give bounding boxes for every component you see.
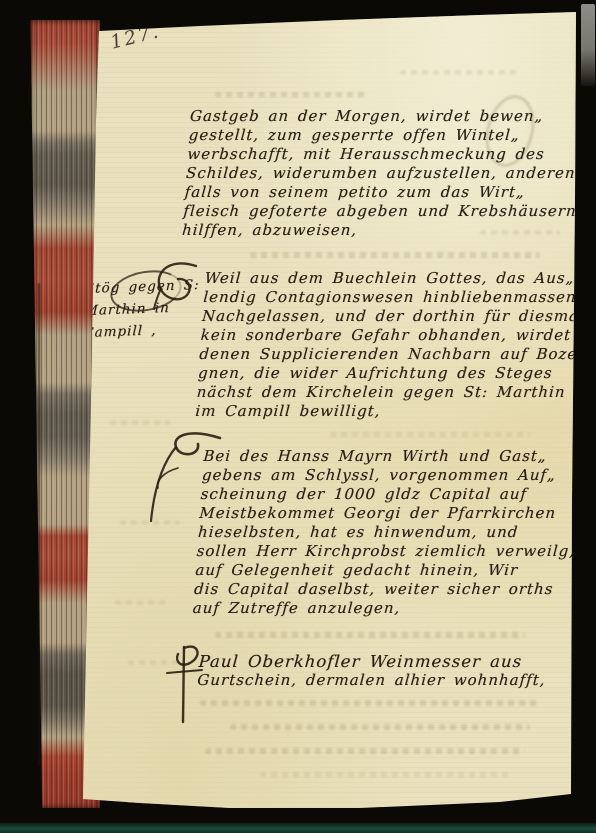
handwritten-line: Nachgelassen, und der dorthin für diesma… xyxy=(201,307,580,326)
handwritten-line: Gastgeb an der Morgen, wirdet bewen„ xyxy=(189,107,582,126)
fore-edge-crack xyxy=(38,283,40,766)
handwritten-line: falls von seinem petito zum das Wirt„ xyxy=(184,183,577,202)
background-object xyxy=(581,4,595,86)
handwritten-line: Bei des Hanss Mayrn Wirth und Gast„ xyxy=(203,447,586,466)
handwritten-line: gnen, die wider Aufrichtung des Steges xyxy=(197,364,576,383)
paragraph-1: Gastgeb an der Morgen, wirdet bewen„ ges… xyxy=(181,107,582,240)
handwritten-line: gebens am Schlyssl, vorgenommen Auf„ xyxy=(201,466,584,485)
handwritten-line: nächst dem Kirchelein gegen St: Marthin xyxy=(196,383,575,402)
handwritten-line: hilffen, abzuweisen, xyxy=(181,221,574,240)
handwritten-line: Weil aus dem Buechlein Gottes, das Aus„ xyxy=(204,269,583,288)
scanner-bed-strip xyxy=(0,823,596,833)
handwritten-line: im Campill bewilligt, xyxy=(195,402,574,421)
handwritten-line: sollen Herr Kirchprobst ziemlich verweil… xyxy=(196,542,579,561)
manuscript-scan: 127. Gastgeb an der Morgen, wirdet bewen… xyxy=(0,0,596,833)
paragraph-2: Weil aus dem Buechlein Gottes, das Aus„ … xyxy=(195,269,584,421)
handwritten-line: fleisch gefoterte abgeben und Krebshäuse… xyxy=(183,202,576,221)
paragraph-3: Bei des Hanss Mayrn Wirth und Gast„ gebe… xyxy=(192,447,586,618)
handwritten-line: werbschafft, mit Herausschmeckung des xyxy=(187,145,580,164)
handwritten-line: gestellt, zum gesperrte offen Wintel„ xyxy=(188,126,581,145)
handwritten-line: denen Supplicierenden Nachbarn auf Bozen… xyxy=(199,345,578,364)
handwritten-line: Meistbekommet Georgi der Pfarrkirchen xyxy=(199,504,582,523)
paragraph-4: Paul Oberkhofler Weinmesser aus Gurtsche… xyxy=(197,652,582,690)
margin-note-line: Campill , xyxy=(83,318,196,344)
handwritten-line: auf Gelegenheit gedacht hinein, Wir xyxy=(195,561,578,580)
handwritten-line: kein sonderbare Gefahr obhanden, wirdet xyxy=(200,326,579,345)
handwritten-line: lendig Contagionswesen hinbliebenmassen xyxy=(203,288,582,307)
handwritten-line: dis Capital daselbst, weiter sicher orth… xyxy=(193,580,576,599)
handwritten-line: scheinung der 1000 gldz Capital auf xyxy=(200,485,583,504)
folio-number: 127. xyxy=(108,20,162,54)
handwritten-line: Gurtschein, dermalen alhier wohnhafft, xyxy=(197,671,580,690)
handwritten-line: hieselbsten, hat es hinwendum, und xyxy=(197,523,580,542)
handwritten-line: Schildes, widerumben aufzustellen, ander… xyxy=(185,164,578,183)
handwritten-line: auf Zutreffe anzulegen, xyxy=(192,599,575,618)
paragraph-initial-flourish xyxy=(152,258,200,310)
handwritten-line: Paul Oberkhofler Weinmesser aus xyxy=(198,652,581,671)
